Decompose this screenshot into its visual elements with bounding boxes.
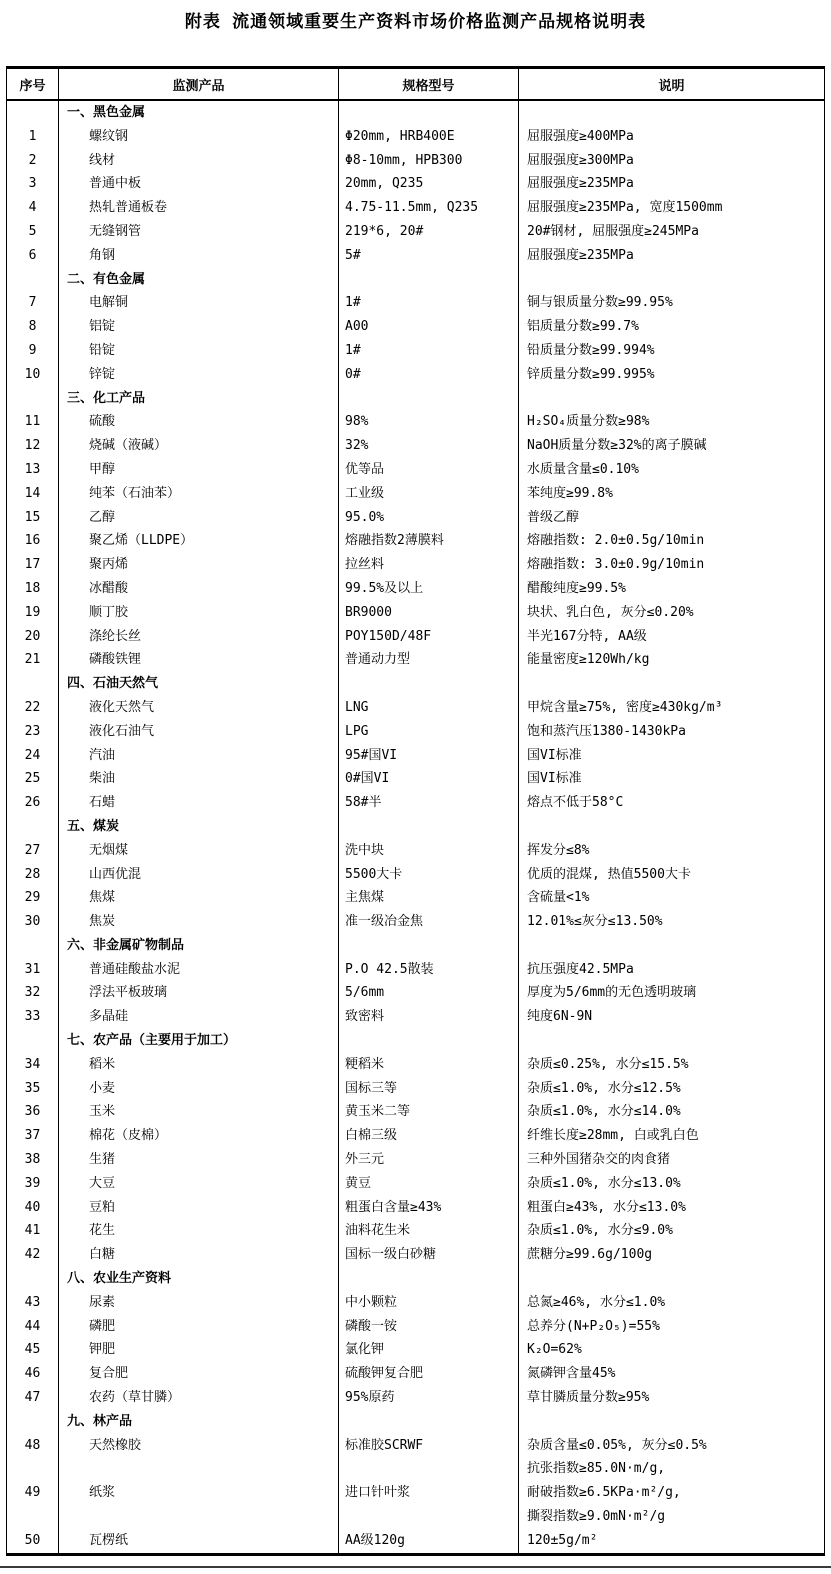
row-description: 含硫量<1% (519, 886, 825, 910)
row-product: 五、煤炭 (59, 815, 339, 839)
row-product: 六、非金属矿物制品 (59, 934, 339, 958)
row-description: 国VI标准 (519, 744, 825, 768)
row-spec: 标准胶SCRWF (339, 1434, 519, 1482)
row-product: 无烟煤 (59, 839, 339, 863)
table-row: 44 磷肥 磷酸一铵 总养分(N+P₂O₅)=55% (7, 1315, 825, 1339)
row-spec: 95.0% (339, 506, 519, 530)
row-description (519, 934, 825, 958)
table-row: 14 纯苯（石油苯） 工业级 苯纯度≥99.8% (7, 482, 825, 506)
row-product: 焦煤 (59, 886, 339, 910)
row-product: 尿素 (59, 1291, 339, 1315)
row-number (7, 1029, 59, 1053)
row-number: 39 (7, 1172, 59, 1196)
table-row: 37 棉花（皮棉） 白棉三级 纤维长度≥28mm, 白或乳白色 (7, 1124, 825, 1148)
row-spec: 1# (339, 291, 519, 315)
row-spec: 中小颗粒 (339, 1291, 519, 1315)
row-spec: 磷酸一铵 (339, 1315, 519, 1339)
row-product: 天然橡胶 (59, 1434, 339, 1482)
row-product: 白糖 (59, 1243, 339, 1267)
table-row: 22 液化天然气 LNG 甲烷含量≥75%, 密度≥430kg/m³ (7, 696, 825, 720)
table-row: 48 天然橡胶 标准胶SCRWF 杂质含量≤0.05%, 灰分≤0.5% 抗张指… (7, 1434, 825, 1482)
row-number: 43 (7, 1291, 59, 1315)
row-number (7, 387, 59, 411)
row-spec: 219*6, 20# (339, 220, 519, 244)
row-description: 屈服强度≥300MPa (519, 149, 825, 173)
table-row: 25 柴油 0#国VI 国VI标准 (7, 767, 825, 791)
row-spec: 硫酸钾复合肥 (339, 1362, 519, 1386)
row-number: 31 (7, 958, 59, 982)
row-product: 豆粕 (59, 1196, 339, 1220)
row-number: 15 (7, 506, 59, 530)
row-description (519, 1267, 825, 1291)
row-number: 16 (7, 529, 59, 553)
row-description: 熔融指数: 2.0±0.5g/10min (519, 529, 825, 553)
row-number (7, 1410, 59, 1434)
row-product: 九、林产品 (59, 1410, 339, 1434)
row-spec (339, 815, 519, 839)
row-product: 玉米 (59, 1100, 339, 1124)
row-description: 杂质≤0.25%, 水分≤15.5% (519, 1053, 825, 1077)
row-number: 28 (7, 863, 59, 887)
row-description: 半光167分特, AA级 (519, 625, 825, 649)
table-row: 6 角钢 5# 屈服强度≥235MPa (7, 244, 825, 268)
row-spec (339, 1267, 519, 1291)
row-number: 41 (7, 1219, 59, 1243)
row-spec: LPG (339, 720, 519, 744)
section-row: 六、非金属矿物制品 (7, 934, 825, 958)
table-row: 20 涤纶长丝 POY150D/48F 半光167分特, AA级 (7, 625, 825, 649)
section-row: 二、有色金属 (7, 268, 825, 292)
row-description: 熔融指数: 3.0±0.9g/10min (519, 553, 825, 577)
row-number: 34 (7, 1053, 59, 1077)
row-number: 1 (7, 125, 59, 149)
bottom-rule (0, 1566, 831, 1568)
row-spec: 氯化钾 (339, 1338, 519, 1362)
row-spec (339, 387, 519, 411)
row-product: 山西优混 (59, 863, 339, 887)
page: { "title": "附表 流通领域重要生产资料市场价格监测产品规格说明表",… (0, 0, 831, 1574)
row-number: 37 (7, 1124, 59, 1148)
table-row: 4 热轧普通板卷 4.75-11.5mm, Q235 屈服强度≥235MPa, … (7, 196, 825, 220)
row-spec: P.O 42.5散装 (339, 958, 519, 982)
row-number (7, 672, 59, 696)
row-description: 锌质量分数≥99.995% (519, 363, 825, 387)
table-row: 43 尿素 中小颗粒 总氮≥46%, 水分≤1.0% (7, 1291, 825, 1315)
row-description (519, 815, 825, 839)
row-product: 普通硅酸盐水泥 (59, 958, 339, 982)
section-row: 一、黑色金属 (7, 100, 825, 125)
row-spec: LNG (339, 696, 519, 720)
col-header-spec: 规格型号 (339, 68, 519, 101)
row-product: 聚乙烯（LLDPE） (59, 529, 339, 553)
row-product: 棉花（皮棉） (59, 1124, 339, 1148)
row-product: 汽油 (59, 744, 339, 768)
row-spec: Φ20mm, HRB400E (339, 125, 519, 149)
table-row: 50 瓦楞纸 AA级120g 120±5g/m² (7, 1529, 825, 1554)
row-description: 水质量含量≤0.10% (519, 458, 825, 482)
row-spec: 准一级冶金焦 (339, 910, 519, 934)
table-row: 11 硫酸 98% H₂SO₄质量分数≥98% (7, 410, 825, 434)
row-description (519, 1029, 825, 1053)
row-number: 46 (7, 1362, 59, 1386)
row-spec: 洗中块 (339, 839, 519, 863)
table-row: 18 冰醋酸 99.5%及以上 醋酸纯度≥99.5% (7, 577, 825, 601)
row-product: 大豆 (59, 1172, 339, 1196)
section-row: 九、林产品 (7, 1410, 825, 1434)
row-number: 21 (7, 648, 59, 672)
row-description: 屈服强度≥235MPa (519, 244, 825, 268)
row-description (519, 268, 825, 292)
row-product: 一、黑色金属 (59, 100, 339, 125)
row-product: 磷酸铁锂 (59, 648, 339, 672)
row-spec: 58#半 (339, 791, 519, 815)
table-row: 2 线材 Φ8-10mm, HPB300 屈服强度≥300MPa (7, 149, 825, 173)
table-row: 39 大豆 黄豆 杂质≤1.0%, 水分≤13.0% (7, 1172, 825, 1196)
row-product: 生猪 (59, 1148, 339, 1172)
row-number: 11 (7, 410, 59, 434)
table-row: 23 液化石油气 LPG 饱和蒸汽压1380-1430kPa (7, 720, 825, 744)
row-spec: 0# (339, 363, 519, 387)
row-description: 耐破指数≥6.5KPa·m²/g, 撕裂指数≥9.0mN·m²/g (519, 1481, 825, 1529)
row-number (7, 815, 59, 839)
row-description: H₂SO₄质量分数≥98% (519, 410, 825, 434)
row-spec (339, 934, 519, 958)
col-header-desc: 说明 (519, 68, 825, 101)
col-header-no: 序号 (7, 68, 59, 101)
row-number: 8 (7, 315, 59, 339)
row-number: 45 (7, 1338, 59, 1362)
row-description: 三种外国猪杂交的肉食猪 (519, 1148, 825, 1172)
section-row: 四、石油天然气 (7, 672, 825, 696)
row-spec: BR9000 (339, 601, 519, 625)
row-product: 冰醋酸 (59, 577, 339, 601)
table-row: 38 生猪 外三元 三种外国猪杂交的肉食猪 (7, 1148, 825, 1172)
section-row: 七、农产品（主要用于加工） (7, 1029, 825, 1053)
table-row: 8 铝锭 A00 铝质量分数≥99.7% (7, 315, 825, 339)
table-row: 13 甲醇 优等品 水质量含量≤0.10% (7, 458, 825, 482)
table-row: 5 无缝钢管 219*6, 20# 20#钢材, 屈服强度≥245MPa (7, 220, 825, 244)
row-description: 杂质≤1.0%, 水分≤12.5% (519, 1077, 825, 1101)
row-product: 锌锭 (59, 363, 339, 387)
row-product: 角钢 (59, 244, 339, 268)
row-product: 多晶硅 (59, 1005, 339, 1029)
row-product: 浮法平板玻璃 (59, 981, 339, 1005)
row-spec: 进口针叶浆 (339, 1481, 519, 1529)
row-spec: 粗蛋白含量≥43% (339, 1196, 519, 1220)
row-number: 40 (7, 1196, 59, 1220)
spec-table: 序号 监测产品 规格型号 说明 一、黑色金属 1 螺纹钢 Φ20mm, HRB4… (6, 66, 825, 1556)
row-number: 2 (7, 149, 59, 173)
row-product: 纯苯（石油苯） (59, 482, 339, 506)
row-number: 6 (7, 244, 59, 268)
table-row: 31 普通硅酸盐水泥 P.O 42.5散装 抗压强度42.5MPa (7, 958, 825, 982)
table-row: 32 浮法平板玻璃 5/6mm 厚度为5/6mm的无色透明玻璃 (7, 981, 825, 1005)
row-number (7, 100, 59, 125)
row-product: 烧碱（液碱） (59, 434, 339, 458)
row-product: 液化石油气 (59, 720, 339, 744)
table-row: 12 烧碱（液碱） 32% NaOH质量分数≥32%的离子膜碱 (7, 434, 825, 458)
row-number: 42 (7, 1243, 59, 1267)
row-description: 熔点不低于58°C (519, 791, 825, 815)
table-row: 41 花生 油料花生米 杂质≤1.0%, 水分≤9.0% (7, 1219, 825, 1243)
row-description: 屈服强度≥235MPa (519, 172, 825, 196)
row-spec: 优等品 (339, 458, 519, 482)
row-spec: 5500大卡 (339, 863, 519, 887)
row-number: 49 (7, 1481, 59, 1529)
row-description: 杂质含量≤0.05%, 灰分≤0.5% 抗张指数≥85.0N·m/g, (519, 1434, 825, 1482)
row-spec: 普通动力型 (339, 648, 519, 672)
row-number: 9 (7, 339, 59, 363)
row-spec (339, 672, 519, 696)
row-spec: 国标三等 (339, 1077, 519, 1101)
row-description (519, 1410, 825, 1434)
row-number: 10 (7, 363, 59, 387)
row-spec: 32% (339, 434, 519, 458)
row-number: 26 (7, 791, 59, 815)
table-row: 45 钾肥 氯化钾 K₂O=62% (7, 1338, 825, 1362)
table-row: 49 纸浆 进口针叶浆 耐破指数≥6.5KPa·m²/g, 撕裂指数≥9.0mN… (7, 1481, 825, 1529)
row-number: 23 (7, 720, 59, 744)
row-spec: 熔融指数2薄膜料 (339, 529, 519, 553)
row-description: 杂质≤1.0%, 水分≤9.0% (519, 1219, 825, 1243)
header-row: 序号 监测产品 规格型号 说明 (7, 68, 825, 101)
row-number: 47 (7, 1386, 59, 1410)
row-product: 花生 (59, 1219, 339, 1243)
row-product: 小麦 (59, 1077, 339, 1101)
section-row: 八、农业生产资料 (7, 1267, 825, 1291)
row-product: 液化天然气 (59, 696, 339, 720)
row-description: 总养分(N+P₂O₅)=55% (519, 1315, 825, 1339)
row-description: 铜与银质量分数≥99.95% (519, 291, 825, 315)
row-spec: Φ8-10mm, HPB300 (339, 149, 519, 173)
row-product: 顺丁胶 (59, 601, 339, 625)
table-row: 10 锌锭 0# 锌质量分数≥99.995% (7, 363, 825, 387)
row-product: 聚丙烯 (59, 553, 339, 577)
row-description (519, 387, 825, 411)
row-product: 硫酸 (59, 410, 339, 434)
table-row: 28 山西优混 5500大卡 优质的混煤, 热值5500大卡 (7, 863, 825, 887)
section-row: 三、化工产品 (7, 387, 825, 411)
table-row: 27 无烟煤 洗中块 挥发分≤8% (7, 839, 825, 863)
row-description: 纤维长度≥28mm, 白或乳白色 (519, 1124, 825, 1148)
row-number (7, 934, 59, 958)
table-row: 26 石蜡 58#半 熔点不低于58°C (7, 791, 825, 815)
row-spec (339, 268, 519, 292)
row-description: 挥发分≤8% (519, 839, 825, 863)
row-spec: 1# (339, 339, 519, 363)
row-product: 八、农业生产资料 (59, 1267, 339, 1291)
row-spec: 20mm, Q235 (339, 172, 519, 196)
row-product: 钾肥 (59, 1338, 339, 1362)
row-product: 纸浆 (59, 1481, 339, 1529)
table-row: 36 玉米 黄玉米二等 杂质≤1.0%, 水分≤14.0% (7, 1100, 825, 1124)
row-spec: 油料花生米 (339, 1219, 519, 1243)
row-number: 50 (7, 1529, 59, 1554)
row-product: 铝锭 (59, 315, 339, 339)
row-spec: 工业级 (339, 482, 519, 506)
row-spec: 外三元 (339, 1148, 519, 1172)
page-title: 附表 流通领域重要生产资料市场价格监测产品规格说明表 (0, 10, 831, 34)
row-product: 二、有色金属 (59, 268, 339, 292)
row-number: 18 (7, 577, 59, 601)
col-header-product: 监测产品 (59, 68, 339, 101)
table-row: 17 聚丙烯 拉丝料 熔融指数: 3.0±0.9g/10min (7, 553, 825, 577)
row-spec: 99.5%及以上 (339, 577, 519, 601)
row-description: 铝质量分数≥99.7% (519, 315, 825, 339)
row-number: 19 (7, 601, 59, 625)
row-spec: 5/6mm (339, 981, 519, 1005)
row-product: 涤纶长丝 (59, 625, 339, 649)
row-number: 17 (7, 553, 59, 577)
row-number: 29 (7, 886, 59, 910)
row-description: 杂质≤1.0%, 水分≤13.0% (519, 1172, 825, 1196)
row-number: 32 (7, 981, 59, 1005)
row-spec: 黄豆 (339, 1172, 519, 1196)
row-description (519, 100, 825, 125)
row-product: 热轧普通板卷 (59, 196, 339, 220)
row-product: 四、石油天然气 (59, 672, 339, 696)
row-description (519, 672, 825, 696)
row-description: 蔗糖分≥99.6g/100g (519, 1243, 825, 1267)
table-row: 7 电解铜 1# 铜与银质量分数≥99.95% (7, 291, 825, 315)
row-description: 12.01%≤灰分≤13.50% (519, 910, 825, 934)
table-row: 40 豆粕 粗蛋白含量≥43% 粗蛋白≥43%, 水分≤13.0% (7, 1196, 825, 1220)
row-product: 稻米 (59, 1053, 339, 1077)
table-row: 33 多晶硅 致密料 纯度6N-9N (7, 1005, 825, 1029)
row-number: 35 (7, 1077, 59, 1101)
table-row: 9 铅锭 1# 铅质量分数≥99.994% (7, 339, 825, 363)
row-product: 线材 (59, 149, 339, 173)
row-product: 七、农产品（主要用于加工） (59, 1029, 339, 1053)
row-description: 甲烷含量≥75%, 密度≥430kg/m³ (519, 696, 825, 720)
table-row: 21 磷酸铁锂 普通动力型 能量密度≥120Wh/kg (7, 648, 825, 672)
row-description: 饱和蒸汽压1380-1430kPa (519, 720, 825, 744)
table-row: 29 焦煤 主焦煤 含硫量<1% (7, 886, 825, 910)
table-row: 1 螺纹钢 Φ20mm, HRB400E 屈服强度≥400MPa (7, 125, 825, 149)
row-description: 屈服强度≥235MPa, 宽度1500mm (519, 196, 825, 220)
row-description: 块状、乳白色, 灰分≤0.20% (519, 601, 825, 625)
row-number (7, 268, 59, 292)
row-spec: 98% (339, 410, 519, 434)
row-description: 杂质≤1.0%, 水分≤14.0% (519, 1100, 825, 1124)
row-description: 屈服强度≥400MPa (519, 125, 825, 149)
row-spec: 国标一级白砂糖 (339, 1243, 519, 1267)
row-number: 7 (7, 291, 59, 315)
row-description: 能量密度≥120Wh/kg (519, 648, 825, 672)
table-row: 15 乙醇 95.0% 普级乙醇 (7, 506, 825, 530)
row-number: 24 (7, 744, 59, 768)
row-description: 纯度6N-9N (519, 1005, 825, 1029)
row-product: 电解铜 (59, 291, 339, 315)
row-description: 抗压强度42.5MPa (519, 958, 825, 982)
row-number: 36 (7, 1100, 59, 1124)
row-number: 27 (7, 839, 59, 863)
row-number: 20 (7, 625, 59, 649)
row-spec: 致密料 (339, 1005, 519, 1029)
row-spec: AA级120g (339, 1529, 519, 1554)
row-spec: 主焦煤 (339, 886, 519, 910)
row-description: 国VI标准 (519, 767, 825, 791)
table-row: 47 农药（草甘膦） 95%原药 草甘膦质量分数≥95% (7, 1386, 825, 1410)
row-product: 乙醇 (59, 506, 339, 530)
row-spec: 拉丝料 (339, 553, 519, 577)
row-description: 普级乙醇 (519, 506, 825, 530)
table-row: 34 稻米 粳稻米 杂质≤0.25%, 水分≤15.5% (7, 1053, 825, 1077)
row-product: 三、化工产品 (59, 387, 339, 411)
row-number: 30 (7, 910, 59, 934)
row-spec: 4.75-11.5mm, Q235 (339, 196, 519, 220)
row-description: 粗蛋白≥43%, 水分≤13.0% (519, 1196, 825, 1220)
row-spec: 粳稻米 (339, 1053, 519, 1077)
row-spec (339, 1029, 519, 1053)
row-product: 焦炭 (59, 910, 339, 934)
row-number: 5 (7, 220, 59, 244)
row-number: 22 (7, 696, 59, 720)
row-number: 4 (7, 196, 59, 220)
row-number: 13 (7, 458, 59, 482)
row-number: 48 (7, 1434, 59, 1482)
row-product: 瓦楞纸 (59, 1529, 339, 1554)
row-description: 醋酸纯度≥99.5% (519, 577, 825, 601)
row-description: K₂O=62% (519, 1338, 825, 1362)
table-row: 35 小麦 国标三等 杂质≤1.0%, 水分≤12.5% (7, 1077, 825, 1101)
section-row: 五、煤炭 (7, 815, 825, 839)
table-row: 3 普通中板 20mm, Q235 屈服强度≥235MPa (7, 172, 825, 196)
table-row: 19 顺丁胶 BR9000 块状、乳白色, 灰分≤0.20% (7, 601, 825, 625)
row-number: 44 (7, 1315, 59, 1339)
table-row: 42 白糖 国标一级白砂糖 蔗糖分≥99.6g/100g (7, 1243, 825, 1267)
row-product: 磷肥 (59, 1315, 339, 1339)
row-description: 总氮≥46%, 水分≤1.0% (519, 1291, 825, 1315)
row-spec: 白棉三级 (339, 1124, 519, 1148)
row-product: 复合肥 (59, 1362, 339, 1386)
row-description: 铅质量分数≥99.994% (519, 339, 825, 363)
row-spec: 95%原药 (339, 1386, 519, 1410)
row-description: 苯纯度≥99.8% (519, 482, 825, 506)
row-description: 120±5g/m² (519, 1529, 825, 1554)
row-spec: 5# (339, 244, 519, 268)
row-number: 33 (7, 1005, 59, 1029)
row-product: 甲醇 (59, 458, 339, 482)
table-row: 46 复合肥 硫酸钾复合肥 氮磷钾含量45% (7, 1362, 825, 1386)
row-spec: 0#国VI (339, 767, 519, 791)
row-description: 草甘膦质量分数≥95% (519, 1386, 825, 1410)
row-spec: POY150D/48F (339, 625, 519, 649)
row-product: 柴油 (59, 767, 339, 791)
row-number: 38 (7, 1148, 59, 1172)
row-number: 3 (7, 172, 59, 196)
row-number: 12 (7, 434, 59, 458)
table-row: 30 焦炭 准一级冶金焦 12.01%≤灰分≤13.50% (7, 910, 825, 934)
row-description: 优质的混煤, 热值5500大卡 (519, 863, 825, 887)
row-spec: A00 (339, 315, 519, 339)
row-product: 螺纹钢 (59, 125, 339, 149)
row-spec (339, 100, 519, 125)
row-product: 普通中板 (59, 172, 339, 196)
row-product: 石蜡 (59, 791, 339, 815)
row-spec: 黄玉米二等 (339, 1100, 519, 1124)
row-spec: 95#国VI (339, 744, 519, 768)
row-spec (339, 1410, 519, 1434)
row-product: 农药（草甘膦） (59, 1386, 339, 1410)
row-description: 厚度为5/6mm的无色透明玻璃 (519, 981, 825, 1005)
row-number: 25 (7, 767, 59, 791)
row-product: 铅锭 (59, 339, 339, 363)
row-description: 氮磷钾含量45% (519, 1362, 825, 1386)
table-row: 24 汽油 95#国VI 国VI标准 (7, 744, 825, 768)
row-product: 无缝钢管 (59, 220, 339, 244)
row-description: NaOH质量分数≥32%的离子膜碱 (519, 434, 825, 458)
